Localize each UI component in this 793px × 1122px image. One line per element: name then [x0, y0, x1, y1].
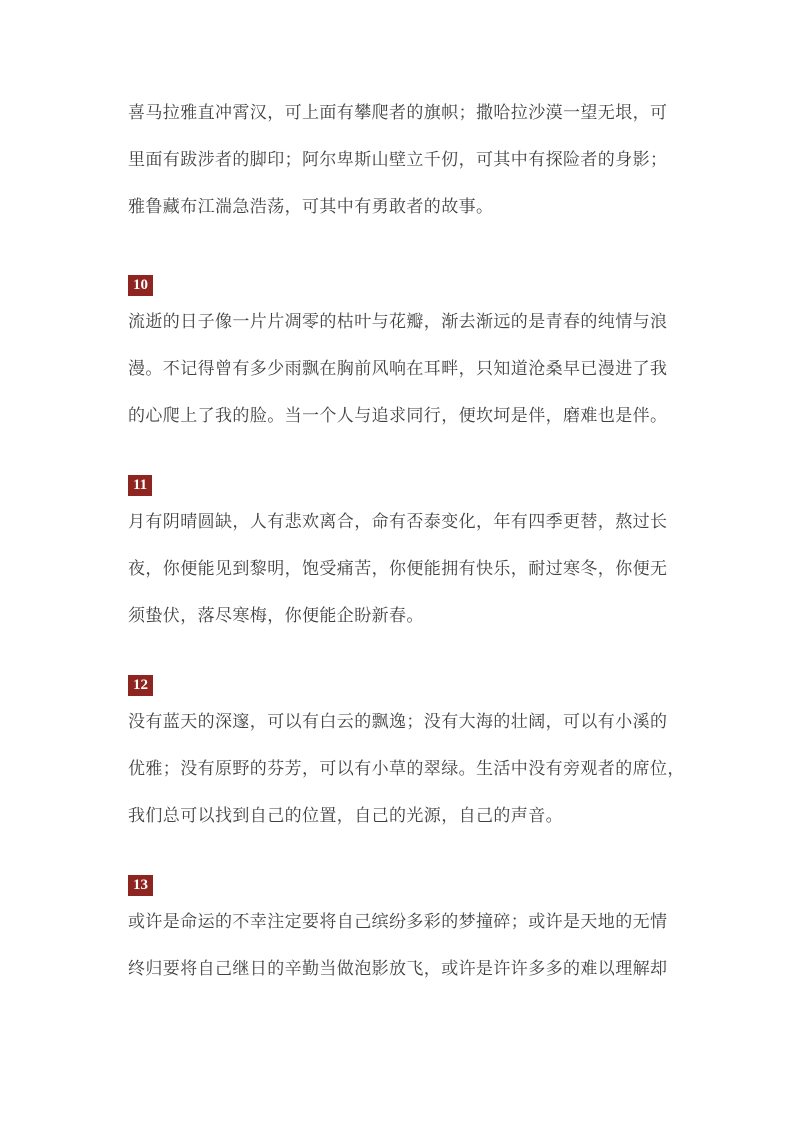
text-line: 月有阴晴圆缺，人有悲欢离合，命有否泰变化，年有四季更替，熬过长 — [128, 498, 793, 545]
text-line: 终归要将自己继日的辛勤当做泡影放飞，或许是许许多多的难以理解却 — [128, 945, 793, 992]
section-paragraph: 流逝的日子像一片片凋零的枯叶与花瓣，渐去渐远的是青春的纯情与浪漫。不记得曾有多少… — [128, 298, 793, 439]
text-line: 雅鲁藏布江湍急浩荡，可其中有勇敢者的故事。 — [128, 183, 793, 230]
text-line: 或许是命运的不幸注定要将自己缤纷多彩的梦撞碎；或许是天地的无情 — [128, 898, 793, 945]
section-11: 11 月有阴晴圆缺，人有悲欢离合，命有否泰变化，年有四季更替，熬过长夜，你便能见… — [128, 475, 793, 639]
section-number-badge: 11 — [128, 475, 152, 496]
section-paragraph: 没有蓝天的深邃，可以有白云的飘逸；没有大海的壮阔，可以有小溪的优雅；没有原野的芬… — [128, 698, 793, 839]
document-page: 喜马拉雅直冲霄汉，可上面有攀爬者的旗帜；撒哈拉沙漠一望无垠，可里面有跋涉者的脚印… — [0, 0, 793, 1122]
text-line: 喜马拉雅直冲霄汉，可上面有攀爬者的旗帜；撒哈拉沙漠一望无垠，可 — [128, 89, 793, 136]
text-line: 的心爬上了我的脸。当一个人与追求同行，便坎坷是伴，磨难也是伴。 — [128, 392, 793, 439]
text-line: 我们总可以找到自己的位置，自己的光源，自己的声音。 — [128, 792, 793, 839]
section-10: 10 流逝的日子像一片片凋零的枯叶与花瓣，渐去渐远的是青春的纯情与浪漫。不记得曾… — [128, 275, 793, 439]
text-line: 流逝的日子像一片片凋零的枯叶与花瓣，渐去渐远的是青春的纯情与浪 — [128, 298, 793, 345]
text-line: 优雅；没有原野的芬芳，可以有小草的翠绿。生活中没有旁观者的席位， — [128, 745, 793, 792]
intro-paragraph: 喜马拉雅直冲霄汉，可上面有攀爬者的旗帜；撒哈拉沙漠一望无垠，可里面有跋涉者的脚印… — [128, 89, 793, 230]
text-line: 须蛰伏，落尽寒梅，你便能企盼新春。 — [128, 592, 793, 639]
text-line: 没有蓝天的深邃，可以有白云的飘逸；没有大海的壮阔，可以有小溪的 — [128, 698, 793, 745]
section-13: 13 或许是命运的不幸注定要将自己缤纷多彩的梦撞碎；或许是天地的无情终归要将自己… — [128, 875, 793, 992]
section-number-badge: 10 — [128, 275, 153, 296]
section-paragraph: 或许是命运的不幸注定要将自己缤纷多彩的梦撞碎；或许是天地的无情终归要将自己继日的… — [128, 898, 793, 992]
section-12: 12 没有蓝天的深邃，可以有白云的飘逸；没有大海的壮阔，可以有小溪的优雅；没有原… — [128, 675, 793, 839]
section-number-badge: 13 — [128, 875, 153, 896]
numbered-sections: 10 流逝的日子像一片片凋零的枯叶与花瓣，渐去渐远的是青春的纯情与浪漫。不记得曾… — [128, 275, 793, 992]
text-line: 里面有跋涉者的脚印；阿尔卑斯山壁立千仞，可其中有探险者的身影； — [128, 136, 793, 183]
text-line: 夜，你便能见到黎明，饱受痛苦，你便能拥有快乐，耐过寒冬，你便无 — [128, 545, 793, 592]
section-paragraph: 月有阴晴圆缺，人有悲欢离合，命有否泰变化，年有四季更替，熬过长夜，你便能见到黎明… — [128, 498, 793, 639]
section-number-badge: 12 — [128, 675, 153, 696]
text-line: 漫。不记得曾有多少雨飘在胸前风响在耳畔，只知道沧桑早已漫进了我 — [128, 345, 793, 392]
